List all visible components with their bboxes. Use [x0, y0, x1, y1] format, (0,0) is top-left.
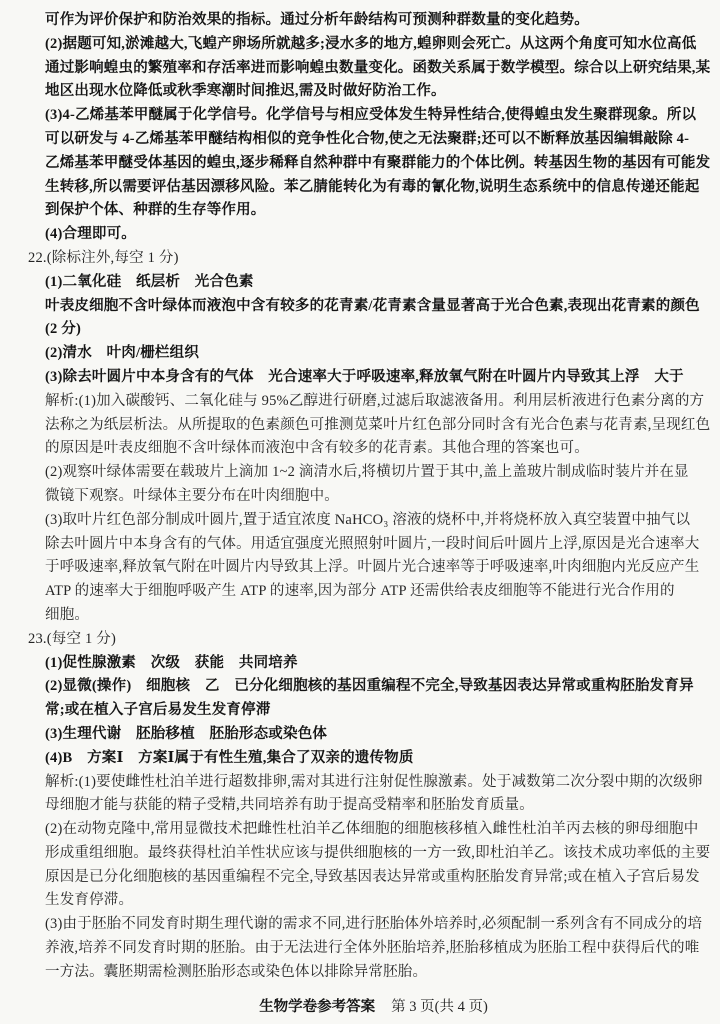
- analysis-line: 母细胞才能与获能的精子受精,共同培养有助于提高受精率和胚胎发育质量。: [45, 794, 702, 818]
- analysis-line: 原因是已分化细胞核的基因重编程不完全,导致基因表达异常或重构胚胎发育异常;或在植…: [45, 866, 702, 890]
- text-line: (3)4-乙烯基苯甲醚属于化学信号。化学信号与相应受体发生特异性结合,使得蝗虫发…: [45, 104, 702, 128]
- analysis-line: 形成重组细胞。最终获得杜泊羊性状应该与提供细胞核的一方一致,即杜泊羊乙。该技术成…: [45, 842, 702, 866]
- text-line: (2)据题可知,淤滩越大,飞蝗产卵场所就越多;浸水多的地方,蝗卵则会死亡。从这两…: [45, 33, 702, 57]
- text-line: (2)显微(操作) 细胞核 乙 已分化细胞核的基因重编程不完全,导致基因表达异常…: [45, 675, 702, 699]
- text-line: 可以研发与 4-乙烯基苯甲醚结构相似的竞争性化合物,使之无法聚群;还可以不断释放…: [45, 128, 702, 152]
- analysis-line: 一方法。囊胚期需检测胚胎形态或染色体以排除异常胚胎。: [45, 961, 702, 985]
- exam-answer-page: 可作为评价保护和防治效果的指标。通过分析年龄结构可预测种群数量的变化趋势。 (2…: [0, 0, 720, 1024]
- analysis-line: 的原因是叶表皮细胞不含叶绿体而液泡中含有较多的花青素。其他合理的答案也可。: [45, 437, 702, 461]
- text-line: 生转移,所以需要评估基因漂移风险。苯乙腈能转化为有毒的氰化物,说明生态系统中的信…: [45, 176, 702, 200]
- analysis-line: 法称之为纸层析法。从所提取的色素颜色可推测苋菜叶片红色部分同时含有光合色素与花青…: [45, 414, 702, 438]
- text-line: (2 分): [45, 318, 702, 342]
- analysis-line: 解析:(1)要使雌性杜泊羊进行超数排卵,需对其进行注射促性腺激素。处于减数第二次…: [45, 771, 702, 795]
- page-footer: 生物学卷参考答案第 3 页(共 4 页): [45, 996, 702, 1019]
- text-line: (1)促性腺激素 次级 获能 共同培养: [45, 652, 702, 676]
- analysis-line: (3)由于胚胎不同发育时期生理代谢的需求不同,进行胚胎体外培养时,必须配制一系列…: [45, 913, 702, 937]
- footer-title: 生物学卷参考答案: [259, 999, 375, 1015]
- footer-page-number: 第 3 页(共 4 页): [391, 999, 488, 1015]
- text-line: 通过影响蝗虫的繁殖率和存活率进而影响蝗虫数量变化。函数关系属于数学模型。综合以上…: [45, 57, 702, 81]
- text-line: 常;或在植入子宫后易发生发育停滞: [45, 699, 702, 723]
- analysis-line: (3)取叶片红色部分制成叶圆片,置于适宜浓度 NaHCO₃ 溶液的烧杯中,并将烧…: [45, 509, 702, 533]
- text-line: 可作为评价保护和防治效果的指标。通过分析年龄结构可预测种群数量的变化趋势。: [45, 9, 702, 33]
- analysis-line: 解析:(1)加入碳酸钙、二氧化硅与 95%乙醇进行研磨,过滤后取滤液备用。利用层…: [45, 390, 702, 414]
- question-number-line: 22.(除标注外,每空 1 分): [28, 247, 702, 271]
- analysis-line: 生发育停滞。: [45, 889, 702, 913]
- text-line: (3)生理代谢 胚胎移植 胚胎形态或染色体: [45, 723, 702, 747]
- analysis-line: 微镜下观察。叶绿体主要分布在叶肉细胞中。: [45, 485, 702, 509]
- analysis-line: 于呼吸速率,释放氧气附在叶圆片内导致其上浮。叶圆片光合速率等于呼吸速率,叶肉细胞…: [45, 556, 702, 580]
- analysis-line: (2)在动物克隆中,常用显微技术把雌性杜泊羊乙体细胞的细胞核移植入雌性杜泊羊丙去…: [45, 818, 702, 842]
- analysis-line: 养液,培养不同发育时期的胚胎。由于无法进行全体外胚胎培养,胚胎移植成为胚胎工程中…: [45, 937, 702, 961]
- text-line: 地区出现水位降低或秋季寒潮时间推迟,需及时做好防治工作。: [45, 80, 702, 104]
- text-line: 到保护个体、种群的生存等作用。: [45, 199, 702, 223]
- analysis-line: ATP 的速率大于细胞呼吸产生 ATP 的速率,因为部分 ATP 还需供给表皮细…: [45, 580, 702, 604]
- text-line: (4)B 方案Ⅰ 方案Ⅰ属于有性生殖,集合了双亲的遗传物质: [45, 747, 702, 771]
- text-line: 叶表皮细胞不含叶绿体而液泡中含有较多的花青素/花青素含量显著高于光合色素,表现出…: [45, 295, 702, 319]
- analysis-line: (2)观察叶绿体需要在载玻片上滴加 1~2 滴清水后,将横切片置于其中,盖上盖玻…: [45, 461, 702, 485]
- text-line: (2)清水 叶肉/栅栏组织: [45, 342, 702, 366]
- text-line: (1)二氧化硅 纸层析 光合色素: [45, 271, 702, 295]
- analysis-line: 细胞。: [45, 604, 702, 628]
- text-line: 乙烯基苯甲醚受体基因的蝗虫,逐步稀释自然种群中有聚群能力的个体比例。转基因生物的…: [45, 152, 702, 176]
- text-line: (4)合理即可。: [45, 223, 702, 247]
- text-line: (3)除去叶圆片中本身含有的气体 光合速率大于呼吸速率,释放氧气附在叶圆片内导致…: [45, 366, 702, 390]
- analysis-line: 除去叶圆片中本身含有的气体。用适宜强度光照照射叶圆片,一段时间后叶圆片上浮,原因…: [45, 533, 702, 557]
- question-number-line: 23.(每空 1 分): [28, 628, 702, 652]
